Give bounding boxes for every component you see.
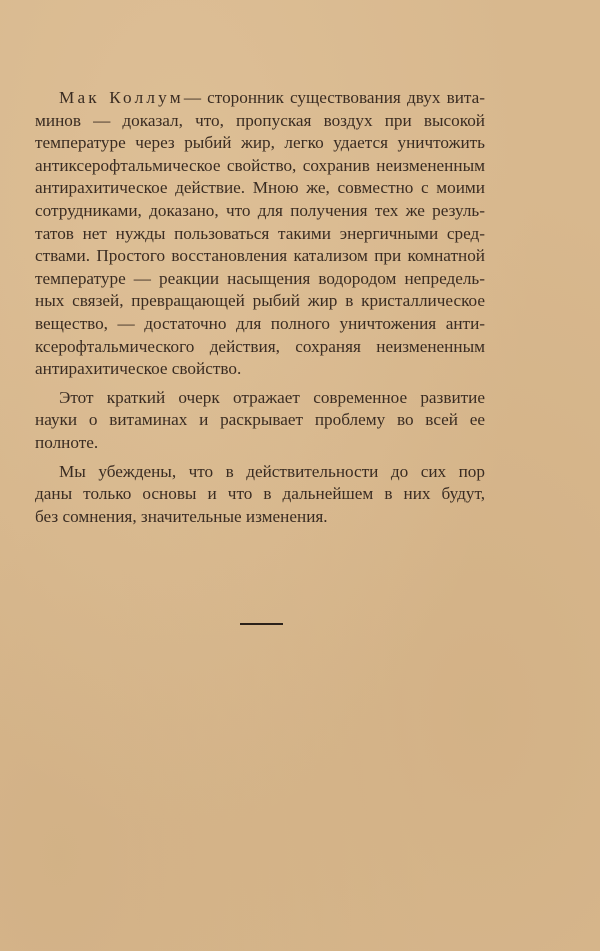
paragraph-1: Мак Коллум— сторонник существования двух…	[35, 87, 485, 381]
text-line: полноте.	[35, 432, 485, 455]
author-name: Мак Коллум	[59, 88, 184, 107]
text-line: антирахитическое свойство.	[35, 358, 485, 381]
text-line: ксерофтальмического действия, сохраняя н…	[35, 336, 485, 359]
text-line: температуре через рыбий жир, легко удает…	[35, 132, 485, 155]
text-line: антирахитическое действие. Мною же, совм…	[35, 177, 485, 200]
text-line: вещество, — достаточно для полного уничт…	[35, 313, 485, 336]
text-line: температуре — реакции насыщения водородо…	[35, 268, 485, 291]
body-text: Мак Коллум— сторонник существования двух…	[35, 87, 485, 528]
text-line: Мы убеждены, что в действительности до с…	[35, 461, 485, 484]
text-line: без сомнения, значительные изменения.	[35, 506, 485, 529]
text-line: ствами. Простого восстановления катализо…	[35, 245, 485, 268]
text-line: антиксерофтальмическое свойство, сохрани…	[35, 155, 485, 178]
end-of-chapter-rule	[240, 623, 283, 625]
text-line: татов нет нужды пользоваться такими энер…	[35, 223, 485, 246]
text-line: минов — доказал, что, пропуская воздух п…	[35, 110, 485, 133]
text-line: науки о витаминах и раскрывает проблему …	[35, 409, 485, 432]
text-line: даны только основы и что в дальнейшем в …	[35, 483, 485, 506]
text-line: Мак Коллум— сторонник существования двух…	[35, 87, 485, 110]
paragraph-2: Этот краткий очерк отражает современное …	[35, 387, 485, 455]
paragraph-3: Мы убеждены, что в действительности до с…	[35, 461, 485, 529]
text-line: ных связей, превращающей рыбий жир в кри…	[35, 290, 485, 313]
book-page: Мак Коллум— сторонник существования двух…	[0, 0, 600, 951]
text-line: сотрудниками, доказано, что для получени…	[35, 200, 485, 223]
text-line: Этот краткий очерк отражает современное …	[35, 387, 485, 410]
